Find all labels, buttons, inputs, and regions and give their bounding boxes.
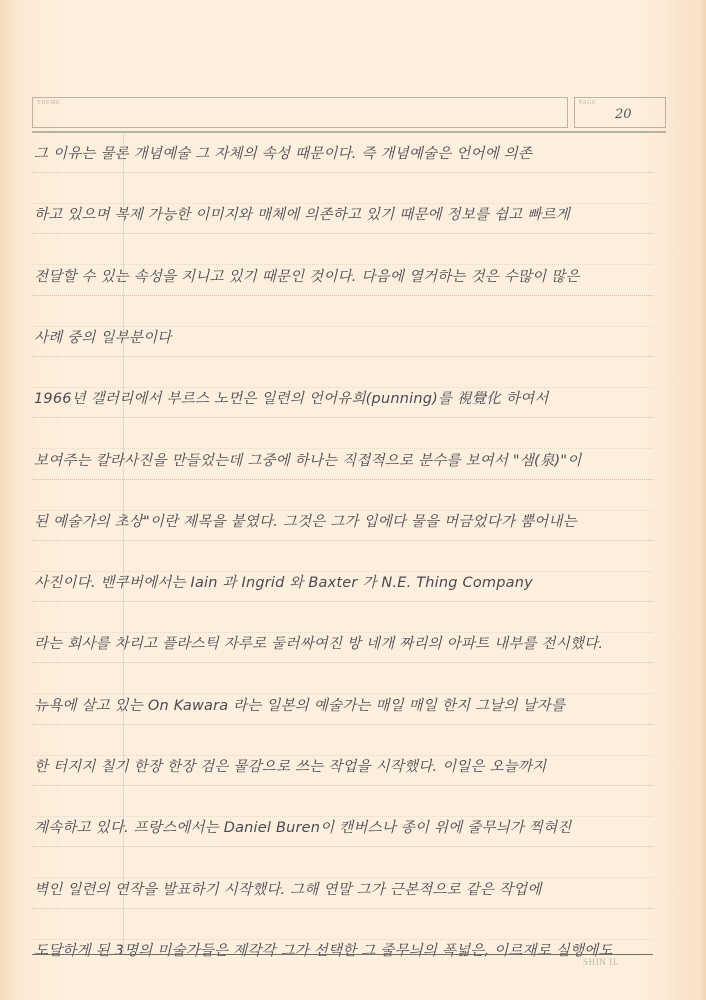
ruled-line [32, 724, 653, 726]
page-label: PAGE [579, 100, 596, 106]
page-field: PAGE 20 [574, 97, 666, 128]
handwritten-line: 라는 회사를 차리고 플라스틱 자루로 둘러싸여진 방 네개 짜리의 아파트 내… [34, 632, 674, 653]
notebook-page: THEME PAGE 20 그 이유는 물론 개념예술 그 자체의 속성 때문이… [0, 0, 706, 1000]
ruled-line [32, 601, 653, 603]
ruled-line [32, 295, 653, 297]
handwritten-line: 사례 중의 일부분이다 [34, 326, 674, 347]
handwritten-line: 사진이다. 밴쿠버에서는 Iain 과 Ingrid 와 Baxter 가 N.… [34, 571, 674, 592]
handwritten-line: 1966년 갤러리에서 부르스 노먼은 일련의 언어유희(punning)를 視… [34, 387, 674, 408]
theme-label: THEME [37, 100, 60, 106]
handwritten-line: 벽인 일련의 연작을 발표하기 시작했다. 그해 연말 그가 근본적으로 같은 … [34, 878, 674, 899]
handwritten-line: 보여주는 칼라사진을 만들었는데 그중에 하나는 직접적으로 분수를 보여서 "… [34, 449, 674, 470]
ruled-line [32, 662, 653, 664]
handwritten-line: 그 이유는 물론 개념예술 그 자체의 속성 때문이다. 즉 개념예술은 언어에… [34, 142, 674, 163]
handwritten-line: 계속하고 있다. 프랑스에서는 Daniel Buren이 캔버스나 종이 위에… [34, 816, 674, 837]
ruled-line [32, 908, 653, 910]
ruled-line [32, 846, 653, 848]
ruled-line [32, 785, 653, 787]
handwritten-line: 도달하게 된 3명의 미술가들은 제각각 그가 선택한 그 줄무늬의 폭넓은, … [34, 939, 674, 960]
handwritten-line: 뉴욕에 살고 있는 On Kawara 라는 일본의 예술가는 매일 매일 한지… [34, 694, 674, 715]
top-rule [32, 131, 666, 133]
handwritten-line: 한 터지지 칠기 한장 한장 검은 물감으로 쓰는 작업을 시작했다. 이일은 … [34, 755, 674, 776]
bottom-rule [32, 954, 653, 955]
page-number: 20 [615, 107, 632, 122]
ruled-line [32, 540, 653, 542]
theme-field: THEME [32, 97, 568, 128]
handwritten-line: 된 예술가의 초상"이란 제목을 붙였다. 그것은 그가 입에다 물을 머금었다… [34, 510, 674, 531]
handwritten-line: 전달할 수 있는 속성을 지니고 있기 때문인 것이다. 다음에 열거하는 것은… [34, 265, 674, 286]
handwritten-line: 하고 있으며 복제 가능한 이미지와 매체에 의존하고 있기 때문에 정보를 쉽… [34, 203, 674, 224]
ruled-line [32, 417, 653, 419]
footer-brand-mark: SHIN IL [583, 957, 619, 967]
ruled-line [32, 233, 653, 235]
ruled-line [32, 479, 653, 481]
ruled-line [32, 172, 653, 174]
ruled-line [32, 356, 653, 358]
